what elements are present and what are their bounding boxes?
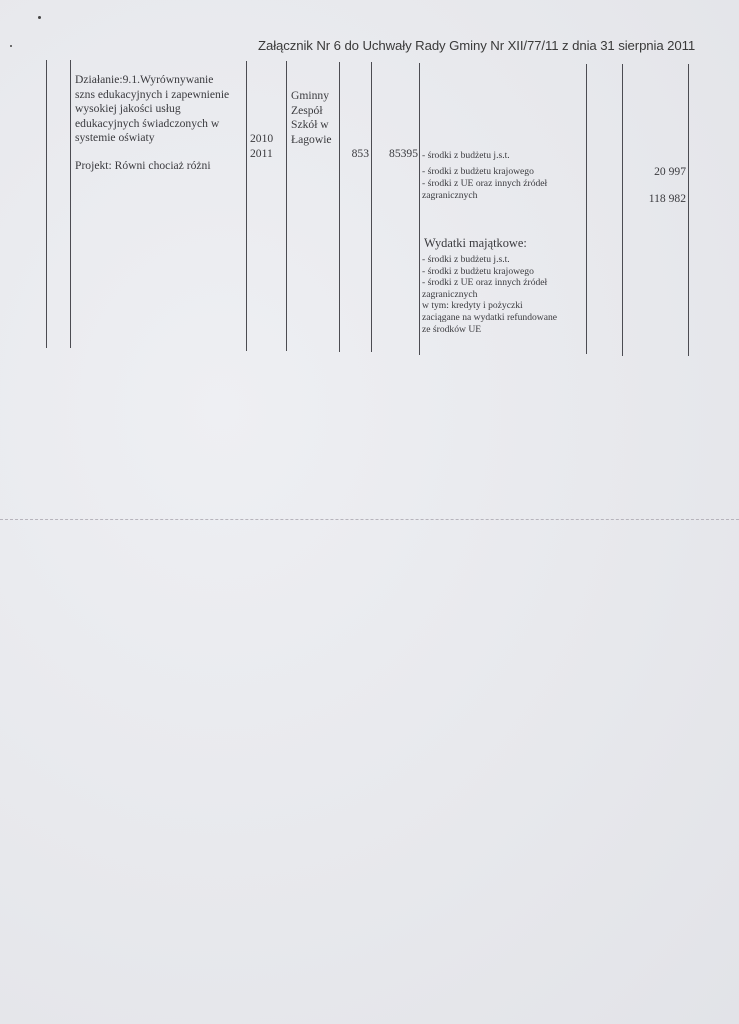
unit-line: Gminny [291,89,332,104]
capital-line: - środki z budżetu krajowego [422,266,557,278]
table-rule [622,64,623,356]
expense-line: - środki z UE oraz innych źródeł zagrani… [422,178,547,201]
table-rule [371,62,372,352]
table-rule [419,63,420,355]
capital-line: zagranicznych [422,289,557,301]
table-rule [286,61,287,351]
dzial-code: 853 [341,147,369,162]
amount-ue: 118 982 [624,192,686,207]
capital-line: - środki z UE oraz innych źródeł [422,277,557,289]
unit-line: Szkół w [291,118,332,133]
table-rule [46,60,47,348]
table-rule [339,62,340,352]
description-line: edukacyjnych świadczonych w [75,117,229,132]
capital-line: zaciągane na wydatki refundowane [422,312,557,324]
scan-speck [10,45,12,47]
capital-expenses-title: Wydatki majątkowe: [424,236,527,251]
capital-line: ze środków UE [422,324,557,336]
expense-label-cont: zagranicznych [422,190,547,202]
expense-line: - środki z budżetu j.s.t. [422,150,510,162]
task-description: Działanie:9.1.Wyrównywanie szns edukacyj… [75,73,229,146]
table-rule [246,61,247,351]
year-start: 2010 [250,132,273,147]
capital-line: w tym: kredyty i pożyczki [422,300,557,312]
description-line: wysokiej jakości usług [75,102,229,117]
unit-line: Zespół [291,104,332,119]
capital-line: - środki z budżetu j.s.t. [422,254,557,266]
capital-expenses-list: - środki z budżetu j.s.t. - środki z bud… [422,254,557,335]
description-line: systemie oświaty [75,131,229,146]
unit-line: Łagowie [291,133,332,148]
paper-fold-line [0,519,739,520]
expense-label: - środki z UE oraz innych źródeł [422,178,547,190]
description-line: szns edukacyjnych i zapewnienie [75,88,229,103]
scan-speck [38,16,41,19]
rozdzial-code: 85395 [372,147,418,162]
table-rule [586,64,587,354]
year-end: 2011 [250,147,273,162]
table-rule [70,60,71,348]
amount-budzet-krajowy: 20 997 [624,165,686,180]
responsible-unit: Gminny Zespół Szkół w Łagowie [291,89,332,147]
table-rule [688,64,689,356]
expense-line: - środki z budżetu krajowego [422,166,534,178]
document-header: Załącznik Nr 6 do Uchwały Rady Gminy Nr … [258,38,695,53]
years: 2010 2011 [250,132,273,161]
description-line: Działanie:9.1.Wyrównywanie [75,73,229,88]
project-name: Projekt: Równi chociaż różni [75,159,211,174]
